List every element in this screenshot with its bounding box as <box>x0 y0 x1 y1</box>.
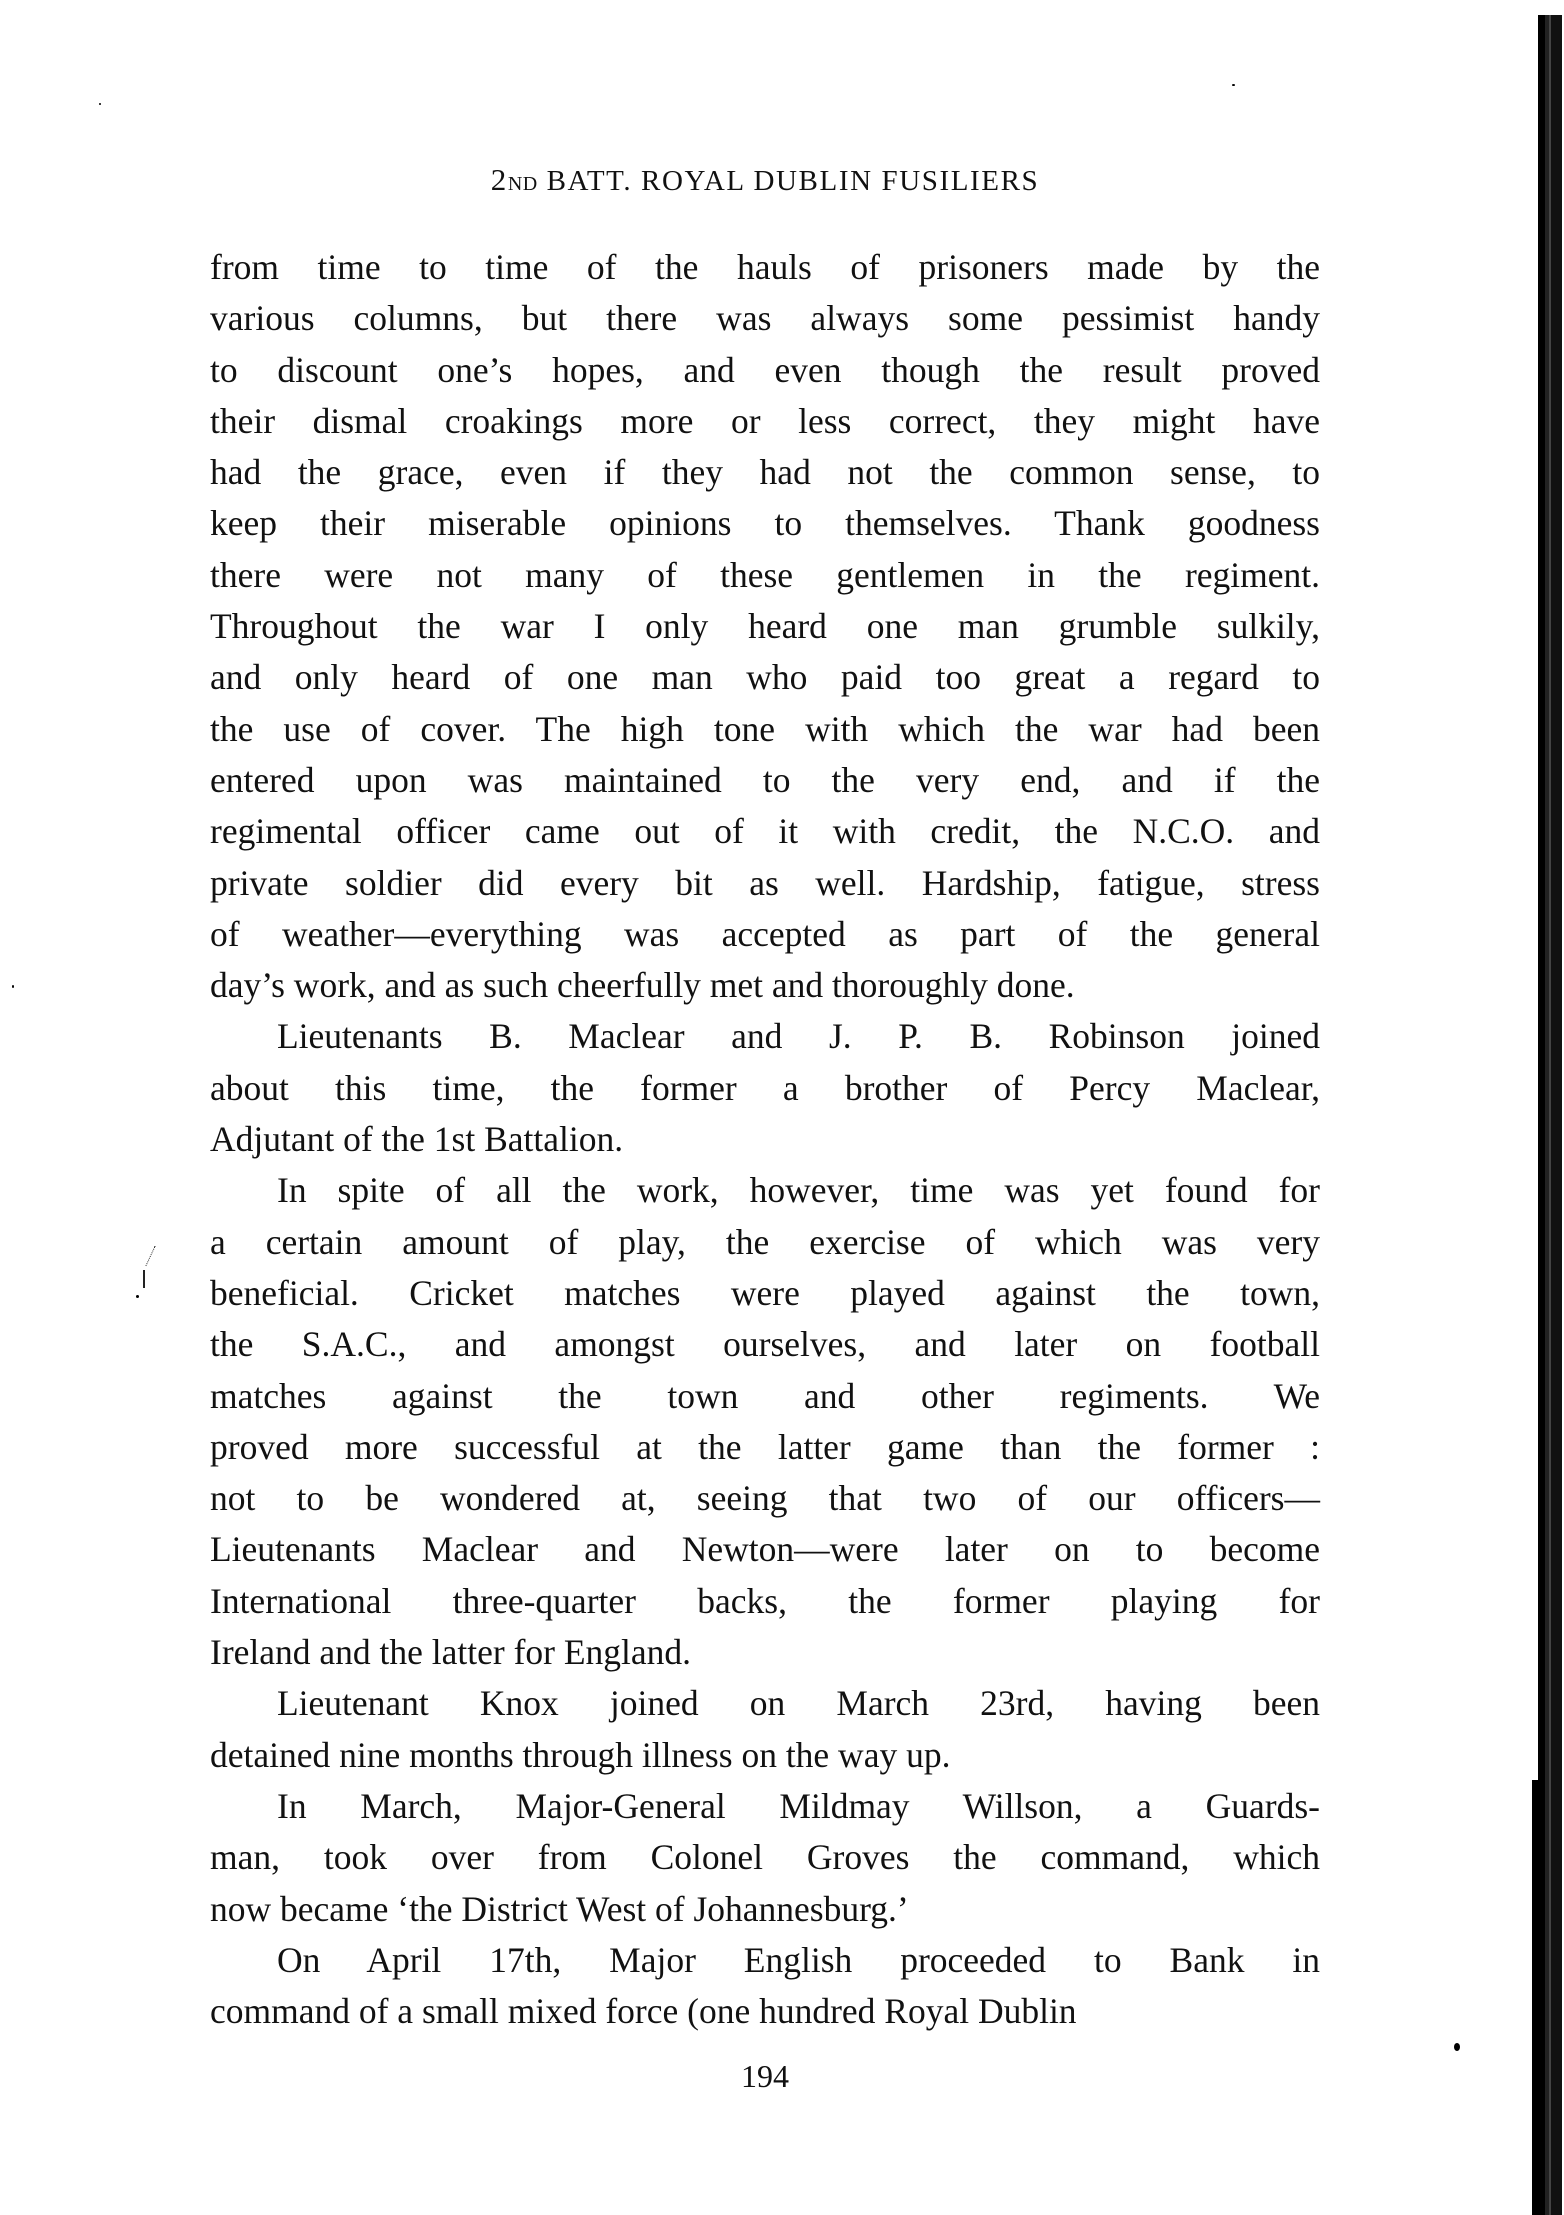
text-line: proved more successful at the latter gam… <box>210 1422 1320 1473</box>
text-line: Adjutant of the 1st Battalion. <box>210 1114 1320 1165</box>
running-head-title: BATT. ROYAL DUBLIN FUSILIERS <box>547 165 1040 197</box>
text-line: not to be wondered at, seeing that two o… <box>210 1473 1320 1524</box>
text-line: regimental officer came out of it with c… <box>210 806 1320 857</box>
text-line: their dismal croakings more or less corr… <box>210 396 1320 447</box>
pencil-mark <box>136 1295 139 1298</box>
text-line: beneficial. Cricket matches were played … <box>210 1268 1320 1319</box>
book-page: 2ND BATT. ROYAL DUBLIN FUSILIERS from ti… <box>0 0 1564 2215</box>
text-line: In spite of all the work, however, time … <box>210 1165 1320 1216</box>
paragraph: In spite of all the work, however, time … <box>210 1165 1320 1678</box>
pencil-mark <box>145 1246 155 1266</box>
paragraph: Lieutenants B. Maclear and J. P. B. Robi… <box>210 1011 1320 1165</box>
text-line: from time to time of the hauls of prison… <box>210 242 1320 293</box>
scan-speck <box>1232 84 1235 86</box>
text-line: about this time, the former a brother of… <box>210 1063 1320 1114</box>
text-line: Lieutenant Knox joined on March 23rd, ha… <box>210 1678 1320 1729</box>
running-head-ordinal-number: 2 <box>491 162 508 197</box>
text-line: man, took over from Colonel Groves the c… <box>210 1832 1320 1883</box>
text-line: to discount one’s hopes, and even though… <box>210 345 1320 396</box>
text-line: Lieutenants Maclear and Newton—were late… <box>210 1524 1320 1575</box>
text-line: entered upon was maintained to the very … <box>210 755 1320 806</box>
paragraph: On April 17th, Major English proceeded t… <box>210 1935 1320 2038</box>
text-line: now became ‘the District West of Johanne… <box>210 1884 1320 1935</box>
binding-shadow-edge <box>1538 15 1562 2215</box>
text-line: and only heard of one man who paid too g… <box>210 652 1320 703</box>
scan-speck <box>99 103 101 105</box>
text-line: a certain amount of play, the exercise o… <box>210 1217 1320 1268</box>
text-line: the S.A.C., and amongst ourselves, and l… <box>210 1319 1320 1370</box>
text-line: Lieutenants B. Maclear and J. P. B. Robi… <box>210 1011 1320 1062</box>
running-head: 2ND BATT. ROYAL DUBLIN FUSILIERS <box>210 160 1320 200</box>
page-number: 194 <box>0 2058 1530 2095</box>
text-line: matches against the town and other regim… <box>210 1371 1320 1422</box>
text-line: On April 17th, Major English proceeded t… <box>210 1935 1320 1986</box>
text-line: of weather—everything was accepted as pa… <box>210 909 1320 960</box>
text-line: In March, Major-General Mildmay Willson,… <box>210 1781 1320 1832</box>
text-line: keep their miserable opinions to themsel… <box>210 498 1320 549</box>
scan-speck <box>1454 2043 1460 2051</box>
text-line: there were not many of these gentlemen i… <box>210 550 1320 601</box>
scan-speck <box>12 985 14 988</box>
text-line: private soldier did every bit as well. H… <box>210 858 1320 909</box>
paragraph: Lieutenant Knox joined on March 23rd, ha… <box>210 1678 1320 1781</box>
text-line: command of a small mixed force (one hund… <box>210 1986 1320 2037</box>
running-head-ordinal-suffix: ND <box>508 173 538 195</box>
binding-shadow-edge-lower <box>1532 1780 1540 2215</box>
text-line: various columns, but there was always so… <box>210 293 1320 344</box>
text-line: detained nine months through illness on … <box>210 1730 1320 1781</box>
paragraph: In March, Major-General Mildmay Willson,… <box>210 1781 1320 1935</box>
body-text: from time to time of the hauls of prison… <box>210 242 1320 2037</box>
text-line: the use of cover. The high tone with whi… <box>210 704 1320 755</box>
text-line: had the grace, even if they had not the … <box>210 447 1320 498</box>
text-line: Throughout the war I only heard one man … <box>210 601 1320 652</box>
text-line: day’s work, and as such cheerfully met a… <box>210 960 1320 1011</box>
pencil-mark <box>143 1270 145 1288</box>
paragraph: from time to time of the hauls of prison… <box>210 242 1320 1011</box>
text-line: Ireland and the latter for England. <box>210 1627 1320 1678</box>
text-line: International three-quarter backs, the f… <box>210 1576 1320 1627</box>
